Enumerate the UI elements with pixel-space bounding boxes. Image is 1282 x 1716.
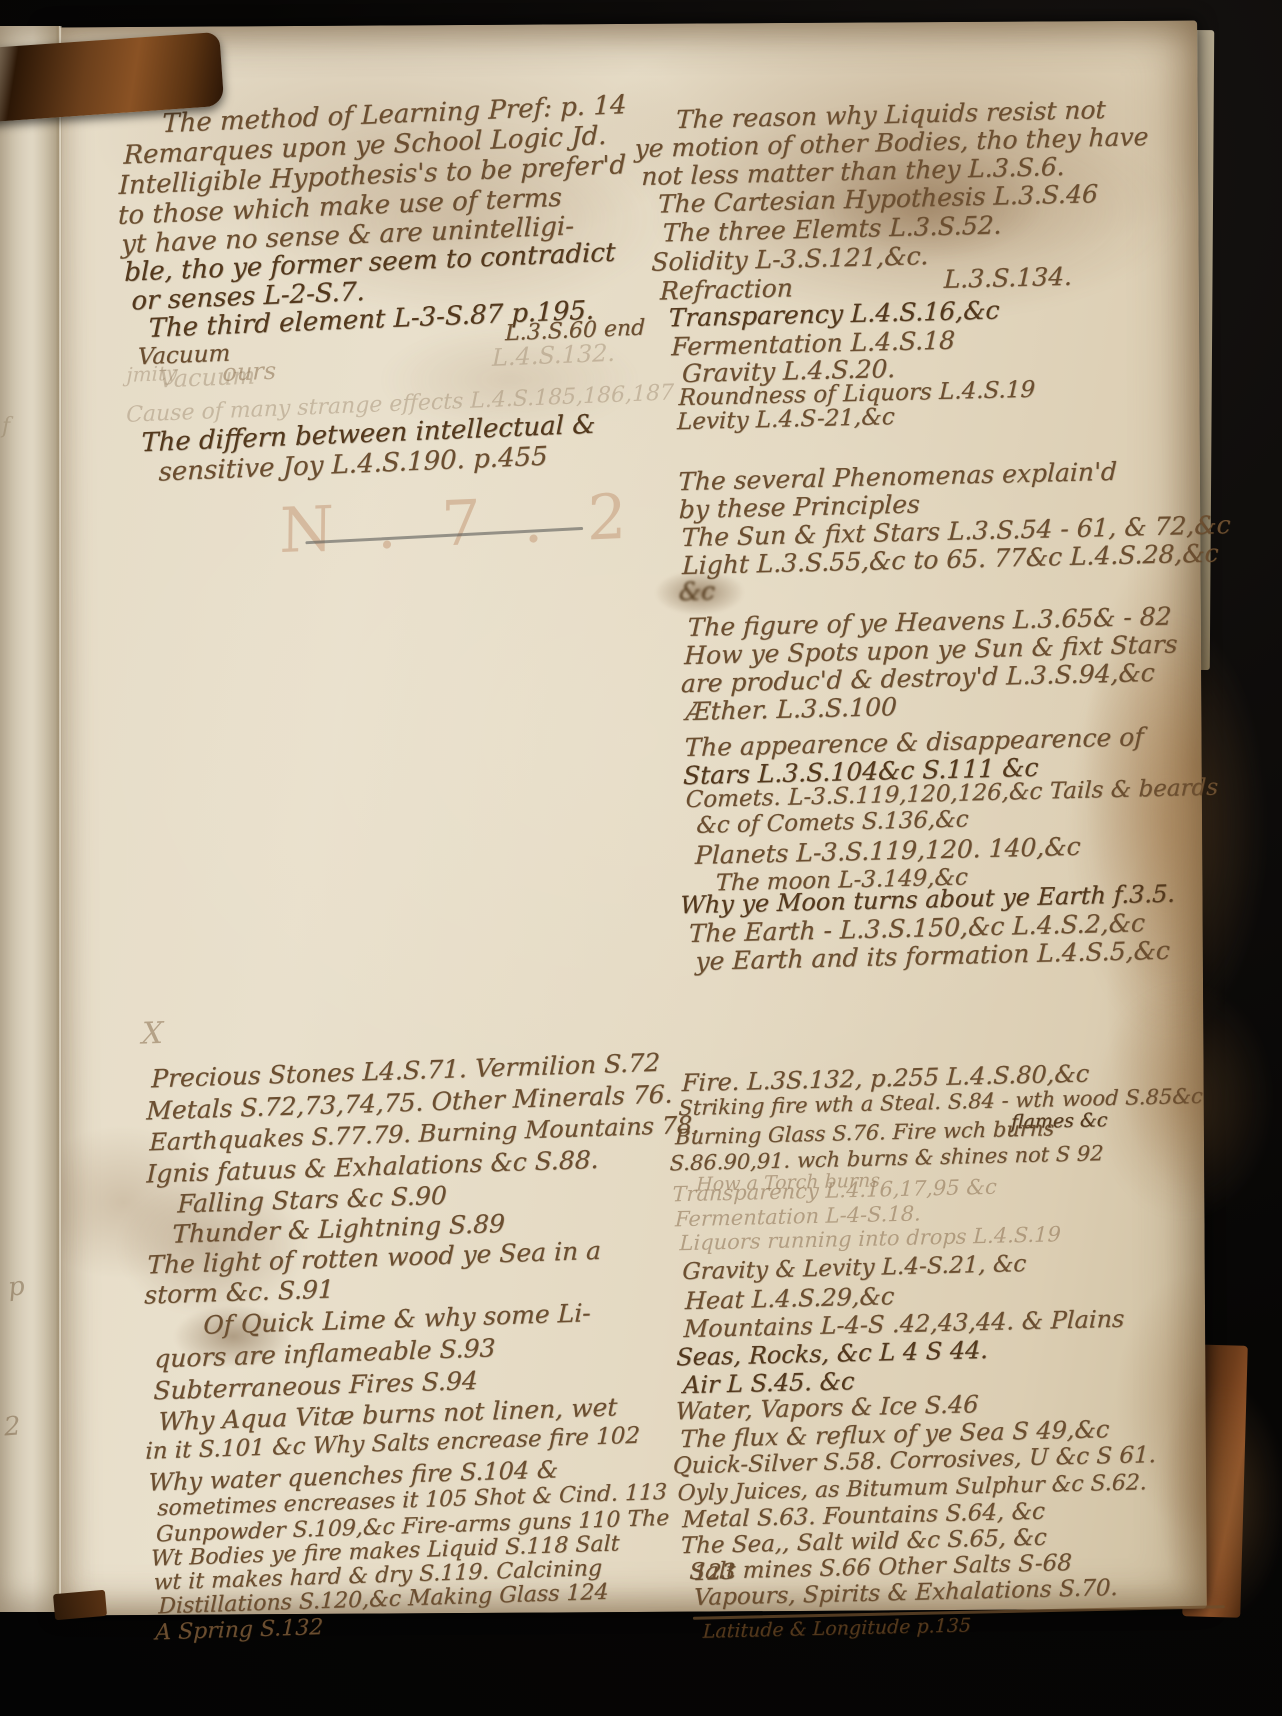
page-fold-crease: [58, 26, 62, 1612]
manuscript-page: The method of Learning Pref: p. 14Remarq…: [47, 21, 1207, 1616]
manuscript-line: Levity L.4.S-21,&c: [677, 404, 895, 435]
manuscript-line: L.3.S.134.: [943, 262, 1072, 294]
manuscript-line: storm &c. S.91: [144, 1275, 334, 1310]
manuscript-line: &c: [678, 576, 715, 606]
manuscript-line: Gravity & Levity L.4-S.21, &c: [682, 1251, 1027, 1285]
photograph-background: The method of Learning Pref: p. 14Remarq…: [0, 0, 1282, 1716]
manuscript-line: ours: [222, 357, 276, 387]
manuscript-line: Solidity L-3.S.121,&c.: [651, 241, 929, 277]
binding-corner-chip: [53, 1590, 107, 1620]
flyleaf-edge: p 2 f: [0, 26, 60, 1612]
manuscript-line: Æther. L.3.S.100: [685, 692, 897, 726]
bleed-through-mark: f: [2, 414, 10, 439]
manuscript-line: Latitude & Longitude p.135: [702, 1614, 971, 1642]
manuscript-line: jmity: [126, 361, 177, 387]
manuscript-line: Seas, Rocks, &c L 4 S 44.: [676, 1336, 988, 1371]
bleed-through-mark: p: [6, 1271, 26, 1303]
manuscript-line: X: [142, 1016, 164, 1052]
manuscript-line: L.4.S.132.: [492, 339, 615, 372]
manuscript-line: N . 7 . 2: [279, 479, 639, 567]
manuscript-line: &c of Comets S.136,&c: [696, 806, 969, 838]
manuscript-line: A Spring S.132: [155, 1615, 324, 1645]
bleed-through-mark: 2: [3, 1411, 22, 1442]
